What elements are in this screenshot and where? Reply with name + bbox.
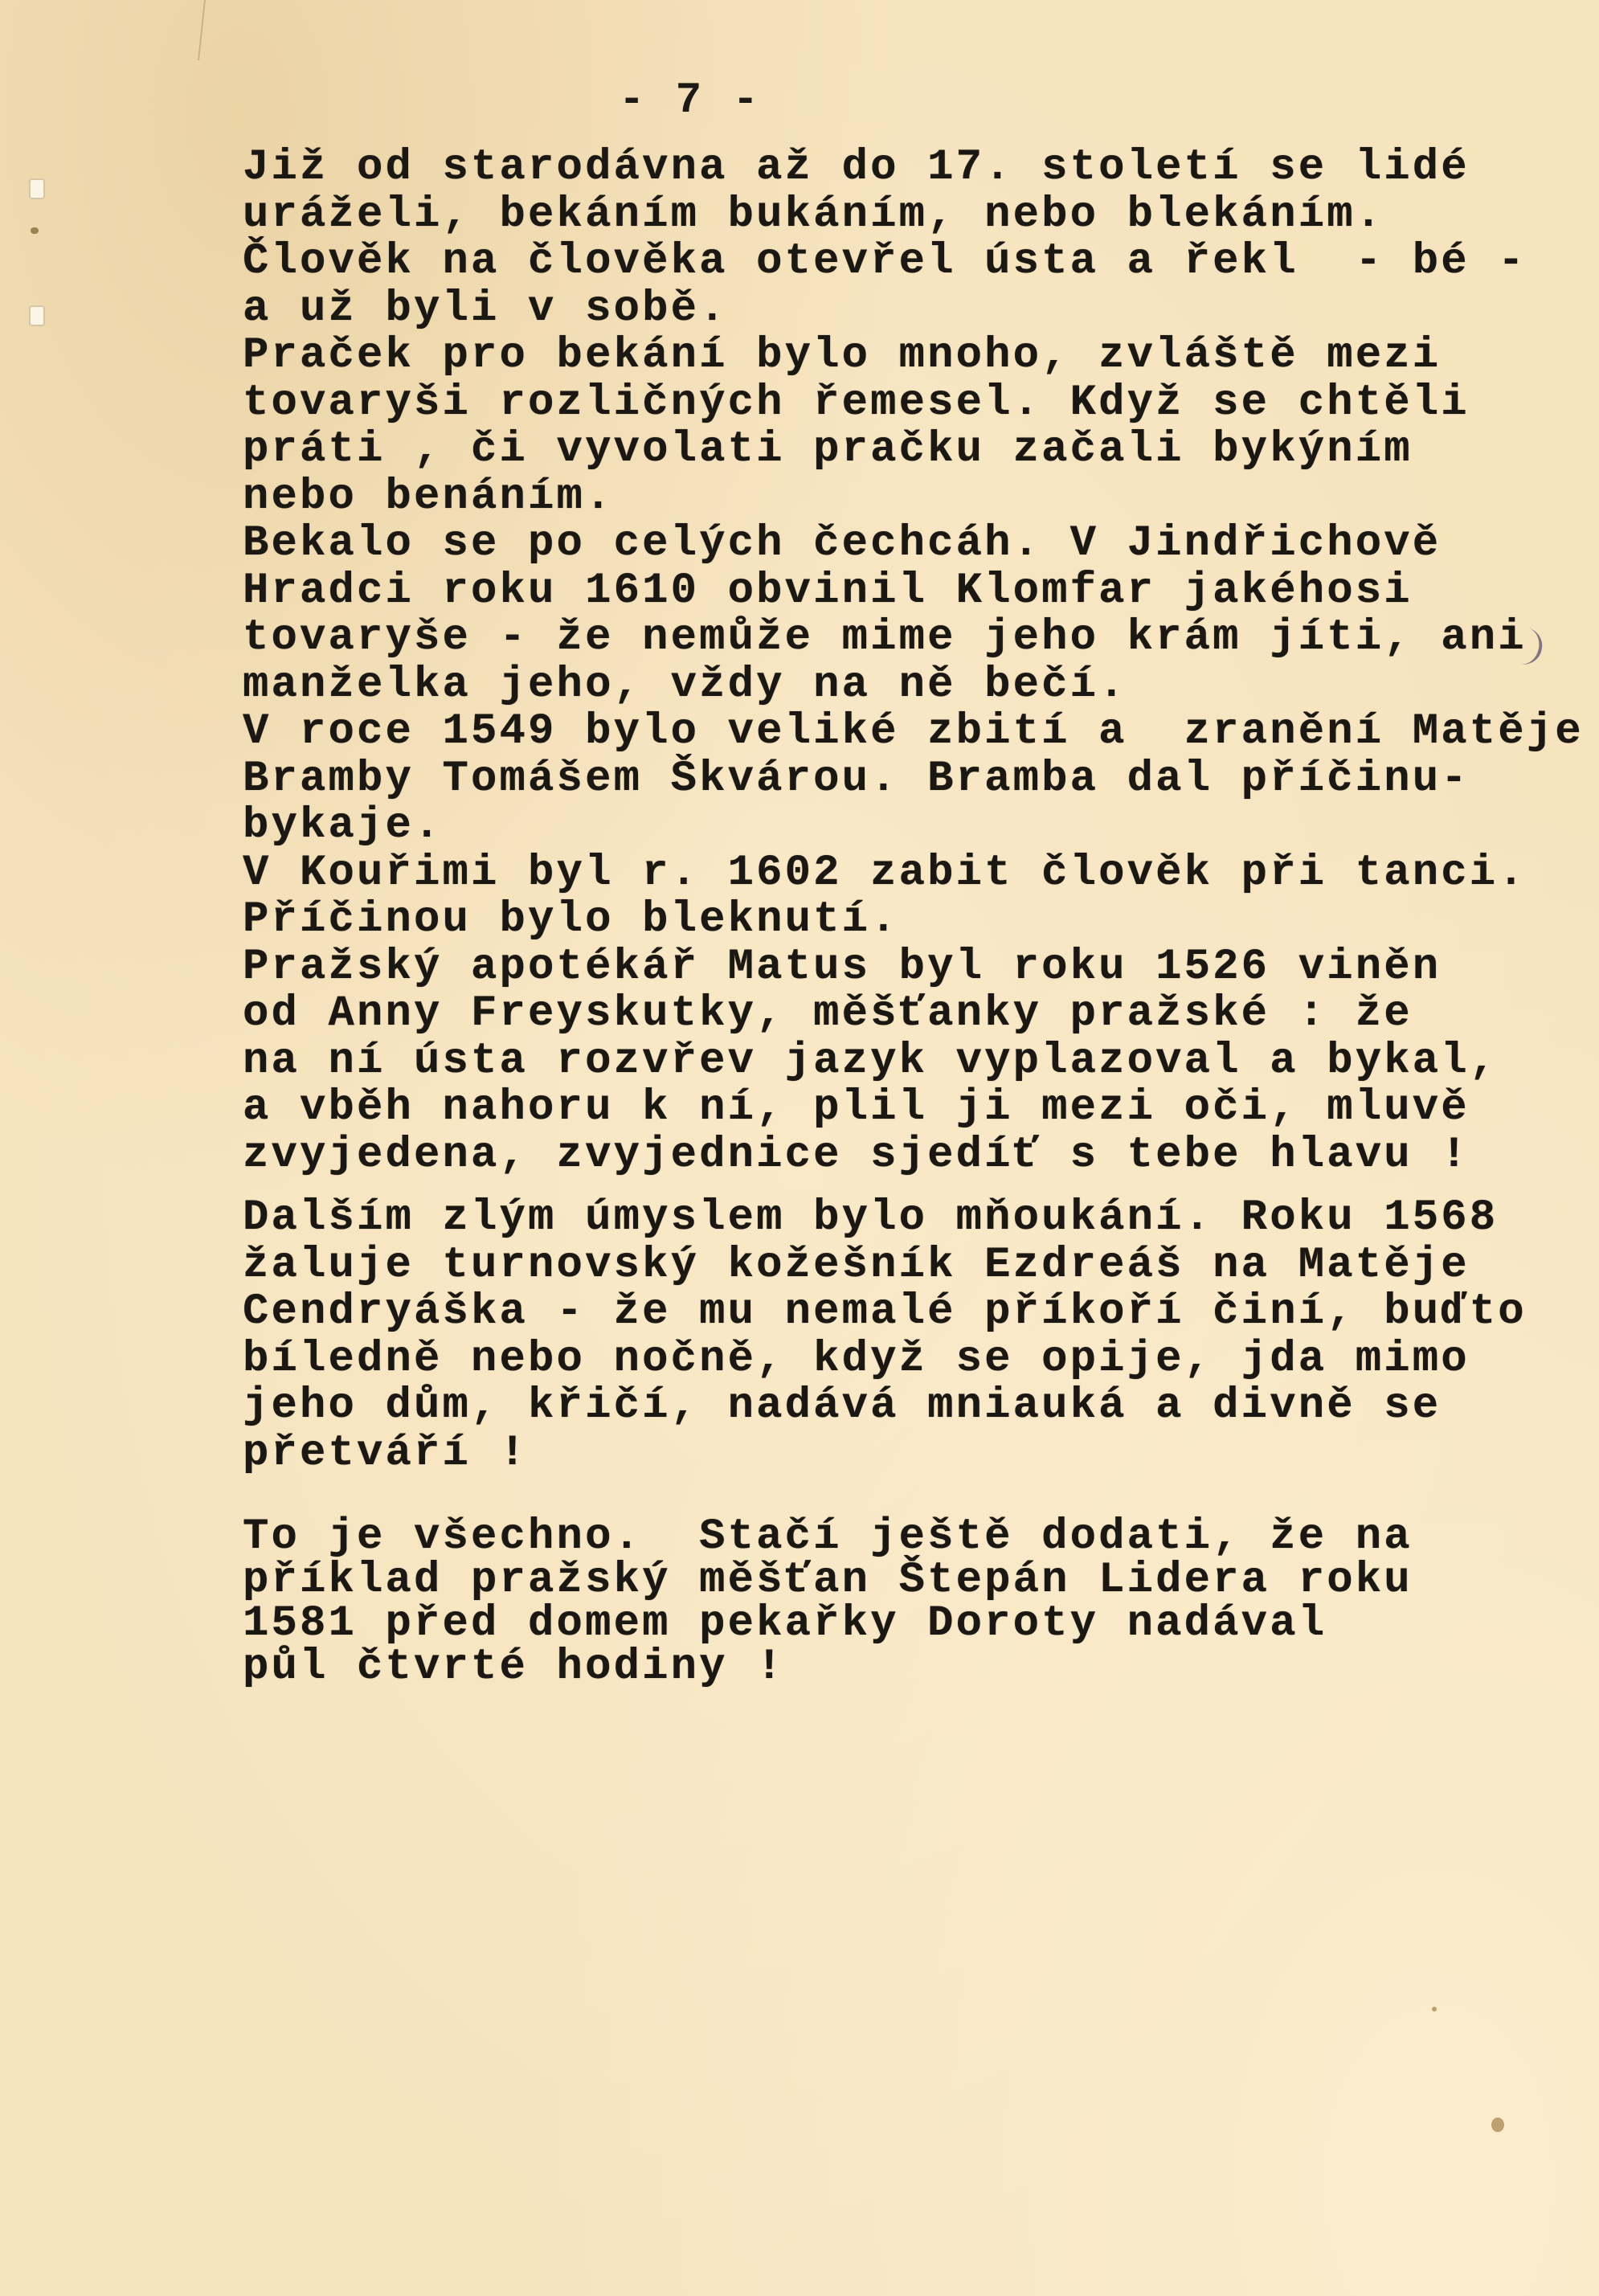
text-line: Cendryáška - že mu nemalé příkoří činí, … (243, 1289, 1593, 1336)
text-line: 1581 před domem pekařky Doroty nadával (243, 1602, 1593, 1646)
page-number: - 7 - (619, 76, 761, 125)
paper-stain (1491, 2118, 1504, 2132)
text-line: a už byli v sobě. (243, 286, 1593, 334)
document-body: Již od starodávna až do 17. století se l… (243, 145, 1593, 1689)
paragraph: Dalším zlým úmyslem bylo mňoukání. Roku … (243, 1195, 1593, 1477)
text-line: žaluje turnovský kožešník Ezdreáš na Mat… (243, 1242, 1593, 1290)
paper-tear (198, 0, 212, 60)
paragraph: V Kouřimi byl r. 1602 zabit člověk při t… (243, 850, 1593, 944)
text-line: přetváří ! (243, 1430, 1593, 1478)
paper-stain (1432, 2007, 1437, 2012)
text-line: uráželi, bekáním bukáním, nebo blekáním. (243, 192, 1593, 239)
text-line: tovaryše - že nemůže mime jeho krám jíti… (243, 615, 1593, 662)
paragraph: Praček pro bekání bylo mnoho, zvláště me… (243, 333, 1593, 521)
text-line: Bekalo se po celých čechcáh. V Jindřicho… (243, 521, 1593, 568)
text-line: půl čtvrté hodiny ! (243, 1646, 1593, 1689)
punch-hole-mark (29, 305, 45, 326)
text-line: tovaryši rozličných řemesel. Když se cht… (243, 380, 1593, 428)
text-line: Praček pro bekání bylo mnoho, zvláště me… (243, 333, 1593, 380)
text-line: od Anny Freyskutky, měšťanky pražské : ž… (243, 991, 1593, 1038)
typewritten-page: - 7 - Již od starodávna až do 17. stolet… (0, 0, 1599, 2296)
text-line: nebo benáním. (243, 474, 1593, 522)
text-line: práti , či vyvolati pračku začali bykýní… (243, 427, 1593, 474)
text-line: To je všechno. Stačí ještě dodati, že na (243, 1516, 1593, 1559)
text-line: Již od starodávna až do 17. století se l… (243, 145, 1593, 192)
text-line: Dalším zlým úmyslem bylo mňoukání. Roku … (243, 1195, 1593, 1242)
text-line: Bramby Tomášem Škvárou. Bramba dal příči… (243, 756, 1593, 804)
text-line: na ní ústa rozvřev jazyk vyplazoval a by… (243, 1038, 1593, 1086)
text-line: V roce 1549 bylo veliké zbití a zranění … (243, 709, 1593, 756)
text-line: manželka jeho, vždy na ně bečí. (243, 662, 1593, 710)
text-line: Příčinou bylo bleknutí. (243, 897, 1593, 944)
text-line: a vběh nahoru k ní, plil ji mezi oči, ml… (243, 1085, 1593, 1132)
text-line: příklad pražský měšťan Štepán Lidera rok… (243, 1559, 1593, 1602)
text-line: Hradci roku 1610 obvinil Klomfar jakéhos… (243, 568, 1593, 616)
paragraph: Pražský apotékář Matus byl roku 1526 vin… (243, 944, 1593, 1180)
text-line: jeho dům, křičí, nadává mniauká a divně … (243, 1383, 1593, 1430)
text-line: V Kouřimi byl r. 1602 zabit člověk při t… (243, 850, 1593, 898)
text-line: bíledně nebo nočně, když se opije, jda m… (243, 1336, 1593, 1384)
paragraph: To je všechno. Stačí ještě dodati, že na… (243, 1516, 1593, 1689)
punch-hole-mark (29, 178, 45, 199)
punch-hole-mark (31, 227, 39, 234)
text-line: Člověk na člověka otevřel ústa a řekl - … (243, 239, 1593, 286)
text-line: Pražský apotékář Matus byl roku 1526 vin… (243, 944, 1593, 992)
paragraph: Již od starodávna až do 17. století se l… (243, 145, 1593, 333)
text-line: zvyjedena, zvyjednice sjedíť s tebe hlav… (243, 1132, 1593, 1180)
paragraph: V roce 1549 bylo veliké zbití a zranění … (243, 709, 1593, 850)
text-line: bykaje. (243, 803, 1593, 850)
paragraph: Bekalo se po celých čechcáh. V Jindřicho… (243, 521, 1593, 709)
